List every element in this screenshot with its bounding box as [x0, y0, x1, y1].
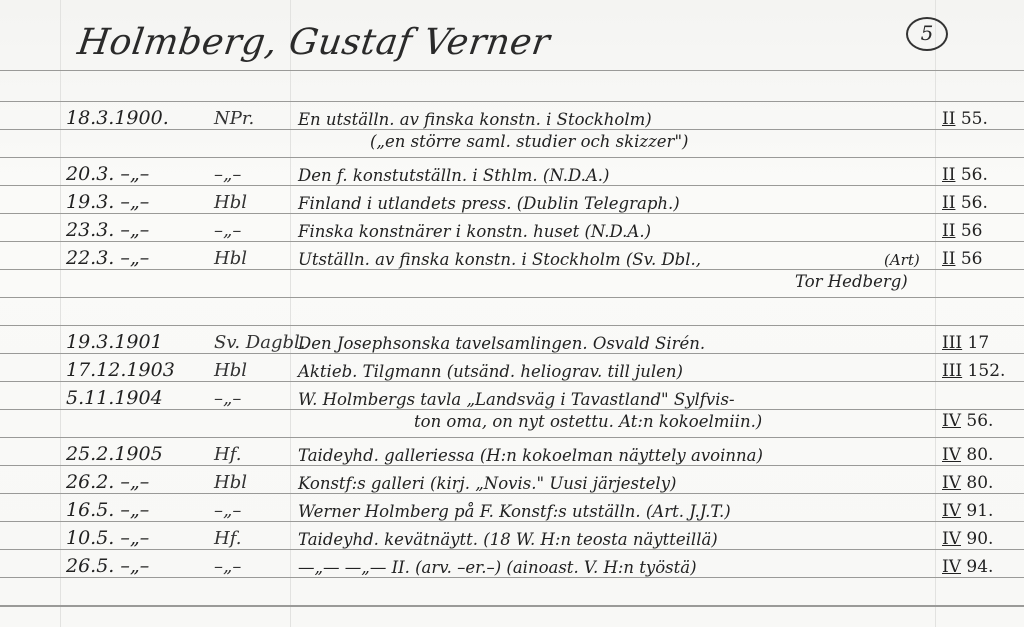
entry-date: 26.2. –„– — [66, 471, 149, 493]
entry-row: 19.3. –„–HblFinland i utlandets press. (… — [0, 187, 1024, 215]
reference-page: 91. — [961, 501, 993, 521]
ruled-line — [0, 606, 1024, 607]
reference-volume: IV — [942, 473, 961, 493]
entry-reference: II 56 — [942, 221, 982, 241]
reference-volume: II — [942, 221, 955, 241]
entry-date: 26.5. –„– — [66, 555, 149, 577]
entry-source: –„– — [214, 220, 241, 241]
reference-page: 56 — [955, 221, 982, 241]
entry-reference: III 152. — [942, 361, 1005, 381]
entry-description: Finland i utlandets press. (Dublin Teleg… — [298, 194, 680, 213]
entry-description: Taideyhd. galleriessa (H:n kokoelman näy… — [298, 446, 763, 465]
ruled-line — [0, 70, 1024, 71]
entry-date: 10.5. –„– — [66, 527, 149, 549]
reference-volume: IV — [942, 529, 961, 549]
reference-page: 152. — [962, 361, 1005, 381]
ruled-line — [0, 325, 1024, 326]
entry-reference: III 17 — [942, 333, 989, 353]
entry-description: Den Josephsonska tavelsamlingen. Osvald … — [298, 334, 705, 353]
entry-row: 20.3. –„––„–Den f. konstutställn. i Sthl… — [0, 159, 1024, 187]
entry-reference: IV 80. — [942, 473, 993, 493]
entry-row: 25.2.1905Hf.Taideyhd. galleriessa (H:n k… — [0, 439, 1024, 467]
ruled-line — [0, 437, 1024, 438]
entry-date: 23.3. –„– — [66, 219, 149, 241]
entry-description: Konstf:s galleri (kirj. „Novis." Uusi jä… — [298, 474, 676, 493]
reference-page: 56. — [961, 411, 993, 431]
entry-row: 16.5. –„––„–Werner Holmberg på F. Konstf… — [0, 495, 1024, 523]
entry-description: Finska konstnärer i konstn. huset (N.D.A… — [298, 222, 651, 241]
reference-page: 94. — [961, 557, 993, 577]
entry-row: 17.12.1903HblAktieb. Tilgmann (utsänd. h… — [0, 355, 1024, 383]
reference-volume: IV — [942, 411, 961, 431]
reference-volume: III — [942, 361, 962, 381]
reference-page: 17 — [962, 333, 989, 353]
entry-source: Hbl — [214, 192, 247, 213]
card-number-badge: 5 — [906, 17, 948, 51]
ruled-line — [0, 157, 1024, 158]
reference-volume: III — [942, 333, 962, 353]
entry-description: —„— —„— II. (arv. –er.–) (ainoast. V. H:… — [298, 558, 697, 577]
reference-page: 90. — [961, 529, 993, 549]
entry-reference: IV 91. — [942, 501, 993, 521]
entry-description: Taideyhd. kevätnäytt. (18 W. H:n teosta … — [298, 530, 718, 549]
entry-description: Werner Holmberg på F. Konstf:s utställn.… — [298, 502, 731, 521]
entry-reference: II 56. — [942, 165, 988, 185]
reference-page: 80. — [961, 445, 993, 465]
reference-page: 56. — [955, 193, 987, 213]
entry-reference: II 56. — [942, 193, 988, 213]
entry-continuation: („en större saml. studier och skizzer") — [370, 132, 688, 151]
entry-source: Hf. — [214, 444, 241, 465]
ruled-line — [0, 297, 1024, 298]
reference-page: 80. — [961, 473, 993, 493]
entry-date: 19.3.1901 — [66, 331, 163, 353]
entry-reference: IV 90. — [942, 529, 993, 549]
entry-row: 23.3. –„––„–Finska konstnärer i konstn. … — [0, 215, 1024, 243]
entry-continuation-row: ton oma, on nyt ostettu. At:n kokoelmiin… — [0, 405, 1024, 433]
entry-row: 26.2. –„–HblKonstf:s galleri (kirj. „Nov… — [0, 467, 1024, 495]
entry-row: 26.5. –„––„–—„— —„— II. (arv. –er.–) (ai… — [0, 551, 1024, 579]
index-card: Holmberg, Gustaf Verner 5 18.3.1900.NPr.… — [0, 0, 1024, 627]
entry-source: –„– — [214, 500, 241, 521]
entry-description: Den f. konstutställn. i Sthlm. (N.D.A.) — [298, 166, 609, 185]
entry-reference: IV 80. — [942, 445, 993, 465]
reference-volume: IV — [942, 501, 961, 521]
entry-continuation: Tor Hedberg) — [795, 272, 908, 291]
entry-continuation-row: Tor Hedberg) — [0, 265, 1024, 293]
reference-volume: IV — [942, 445, 961, 465]
entry-source: Hf. — [214, 528, 241, 549]
reference-volume: II — [942, 165, 955, 185]
entry-reference: IV 56. — [942, 411, 993, 431]
entry-row: 19.3.1901Sv. Dagbl.Den Josephsonska tave… — [0, 327, 1024, 355]
entry-description: Aktieb. Tilgmann (utsänd. heliograv. til… — [298, 362, 683, 381]
reference-volume: II — [942, 193, 955, 213]
entry-source: Hbl — [214, 472, 247, 493]
entry-source: –„– — [214, 556, 241, 577]
entry-reference: IV 94. — [942, 557, 993, 577]
reference-volume: IV — [942, 557, 961, 577]
entry-date: 19.3. –„– — [66, 191, 149, 213]
entry-date: 16.5. –„– — [66, 499, 149, 521]
reference-page: 56. — [955, 165, 987, 185]
entry-source: –„– — [214, 164, 241, 185]
entry-date: 17.12.1903 — [66, 359, 175, 381]
ruled-line — [0, 101, 1024, 102]
entry-row: 10.5. –„–Hf.Taideyhd. kevätnäytt. (18 W.… — [0, 523, 1024, 551]
entry-source: Sv. Dagbl. — [214, 332, 306, 353]
entry-source: Hbl — [214, 360, 247, 381]
entry-date: 25.2.1905 — [66, 443, 163, 465]
entry-date: 20.3. –„– — [66, 163, 149, 185]
entry-continuation-row: („en större saml. studier och skizzer") — [0, 125, 1024, 153]
card-title: Holmberg, Gustaf Verner — [75, 22, 552, 63]
entry-continuation: ton oma, on nyt ostettu. At:n kokoelmiin… — [414, 412, 762, 431]
